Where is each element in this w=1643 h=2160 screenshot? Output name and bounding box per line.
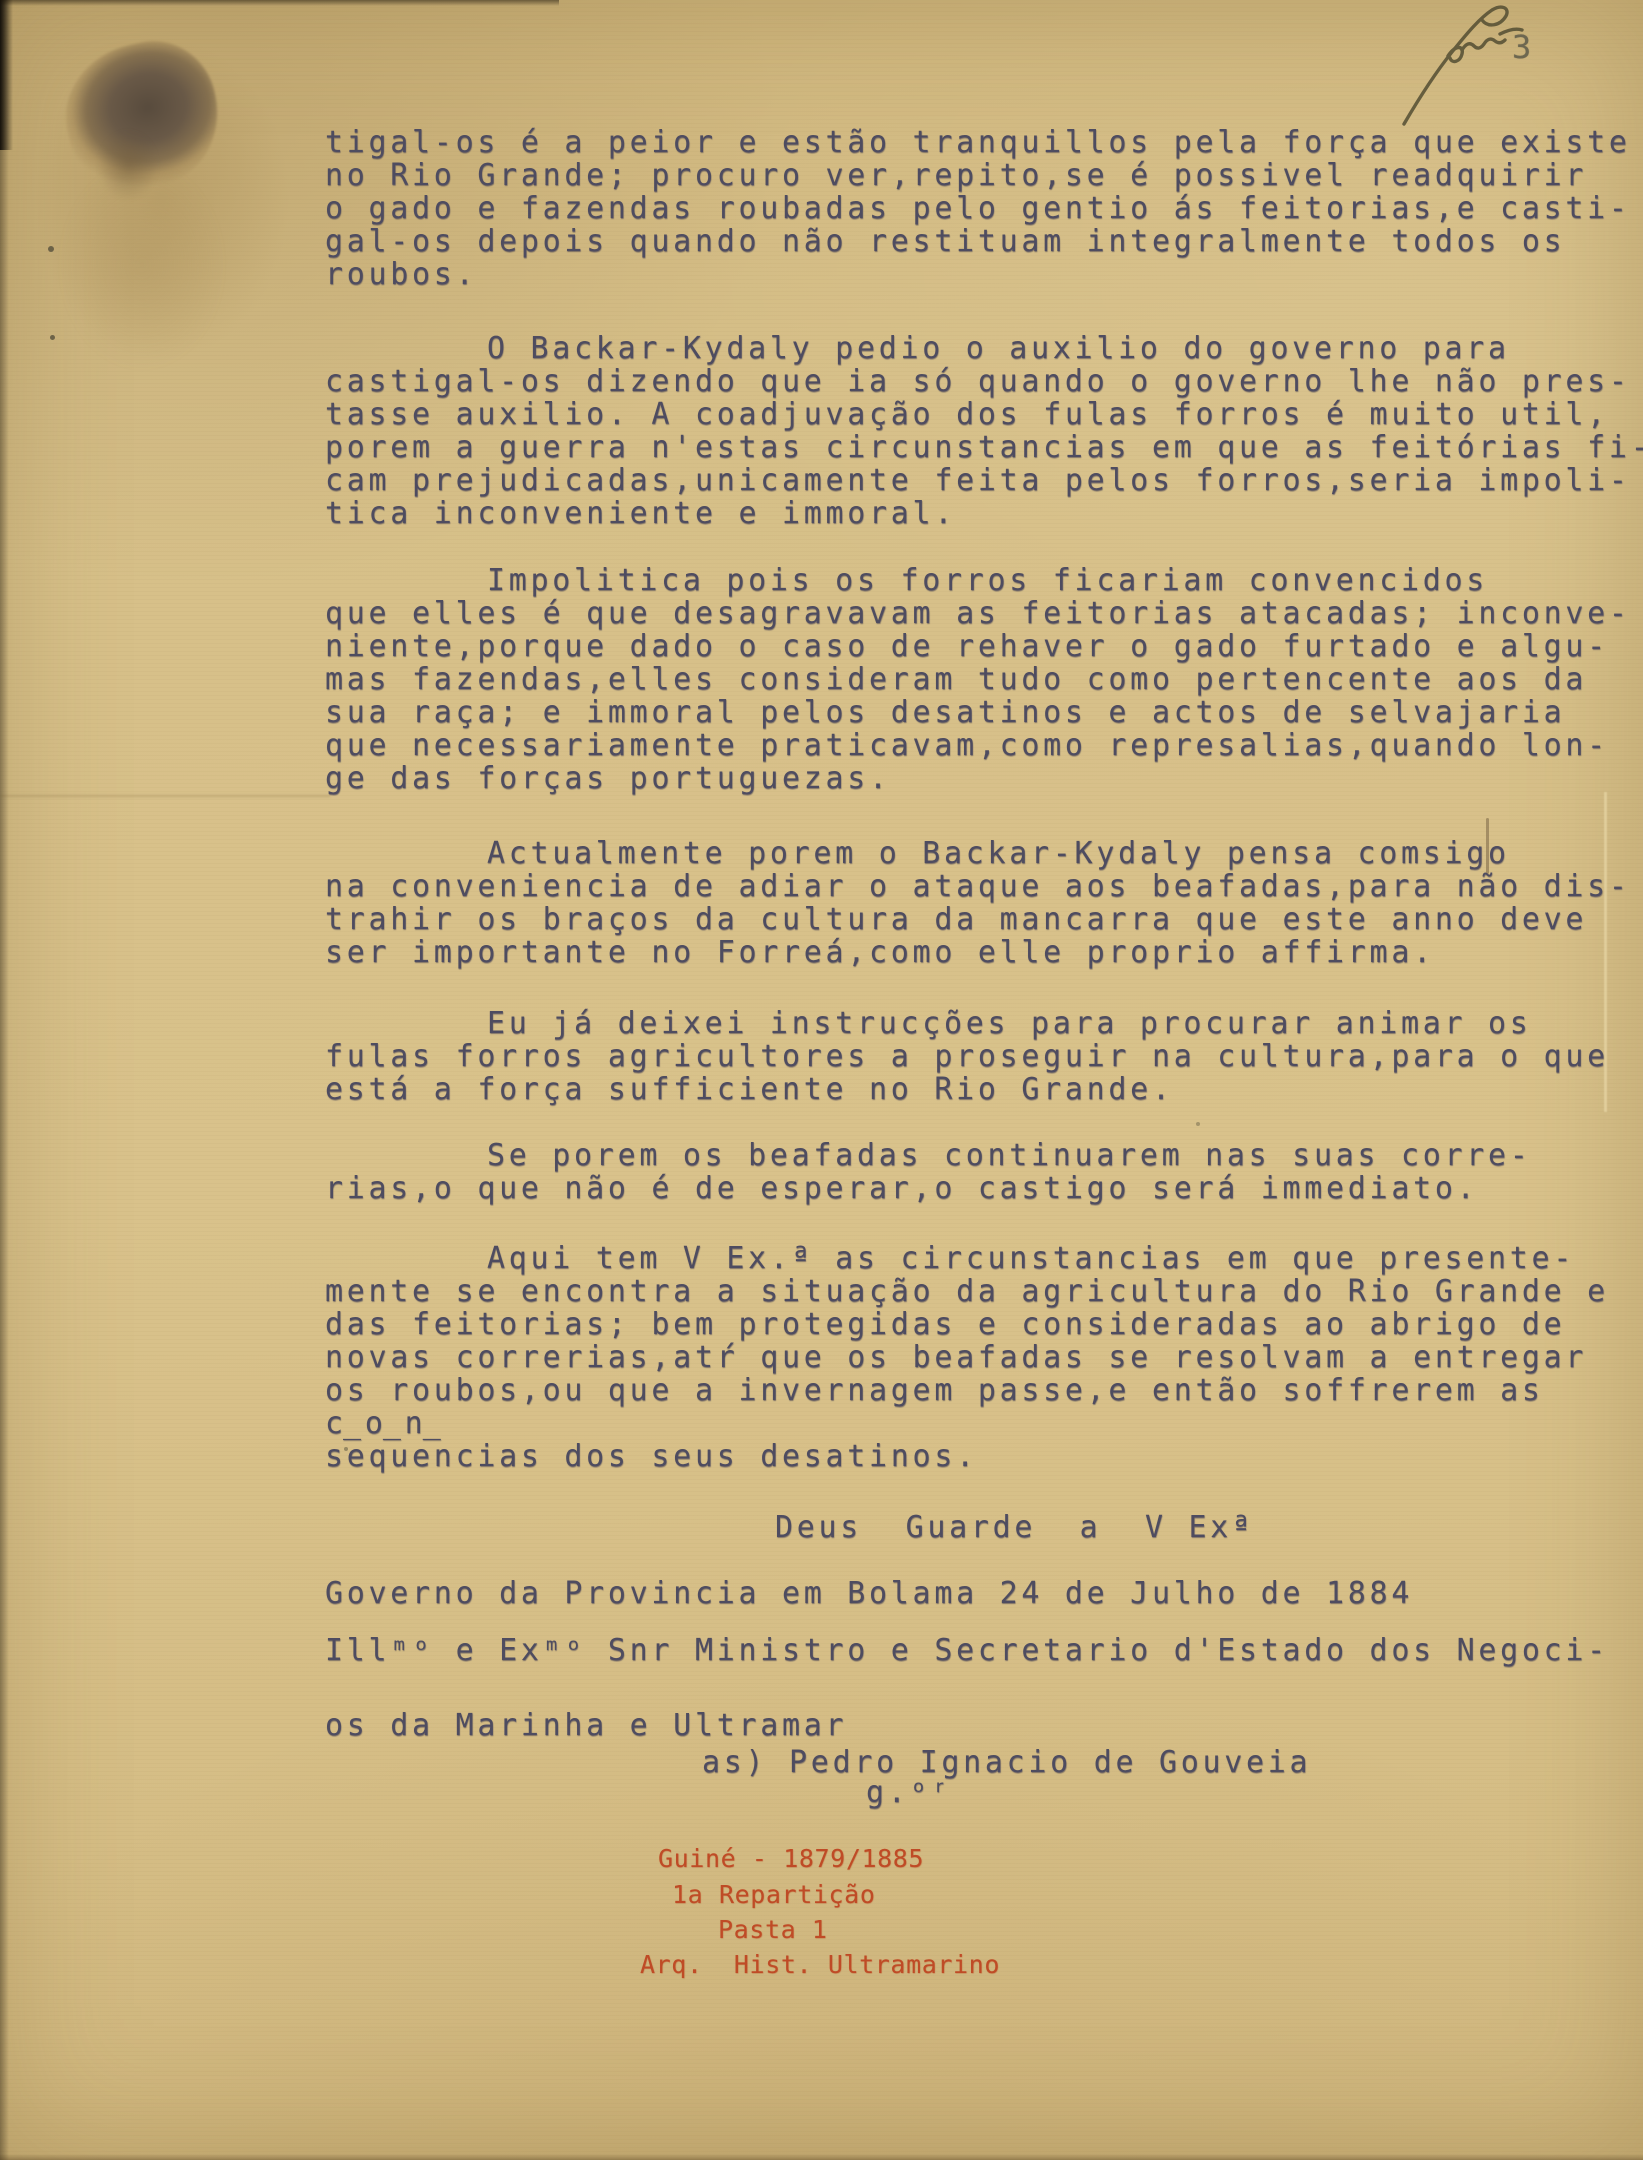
dateline: Governo da Provincia em Bolama 24 de Jul… (325, 1577, 1413, 1610)
signature-line: as) Pedro Ignacio de Gouveia (702, 1746, 1311, 1779)
stamp-line-1: Guiné - 1879/1885 (658, 1844, 924, 1874)
paragraph-7: Aqui tem V Ex.ª as circunstancias em que… (325, 1242, 1643, 1473)
paper-speck (50, 335, 55, 340)
addressee-line-1: Illᵐᵒ e Exᵐᵒ Snr Ministro e Secretario d… (325, 1634, 1609, 1667)
stamp-line-3: Pasta 1 (718, 1915, 828, 1945)
paper-speck (1196, 1122, 1200, 1126)
page-top-edge (0, 0, 559, 6)
paragraph-5: Eu já deixei instrucções para procurar a… (325, 1007, 1643, 1106)
page-left-edge-dark (0, 0, 13, 150)
addressee-line-2: os da Marinha e Ultramar (325, 1709, 847, 1742)
document-page: 3 tigal-os é a peior e estão tranquillos… (0, 0, 1643, 2160)
page-number: 3 (1512, 28, 1531, 66)
paragraph-3: Impolitica pois os forros ficariam conve… (325, 564, 1643, 795)
paper-speck (48, 246, 54, 252)
valediction-line: Deus Guarde a V Exª (775, 1511, 1254, 1544)
paper-crease (0, 795, 330, 797)
page-left-edge (0, 0, 9, 2160)
stamp-line-4: Arq. Hist. Ultramarino (640, 1950, 1000, 1980)
paragraph-6: Se porem os beafadas continuarem nas sua… (325, 1139, 1643, 1205)
paragraph-4: Actualmente porem o Backar-Kydaly pensa … (325, 837, 1643, 969)
paragraph-2: O Backar-Kydaly pedio o auxilio do gover… (325, 332, 1643, 530)
stamp-line-2: 1a Repartição (672, 1880, 875, 1910)
paragraph-1: tigal-os é a peior e estão tranquillos p… (325, 126, 1643, 291)
page-bottom-edge (0, 2154, 1643, 2160)
handwritten-signature-mark (1370, 0, 1570, 135)
signature-title: g.ᵒʳ (866, 1776, 953, 1809)
